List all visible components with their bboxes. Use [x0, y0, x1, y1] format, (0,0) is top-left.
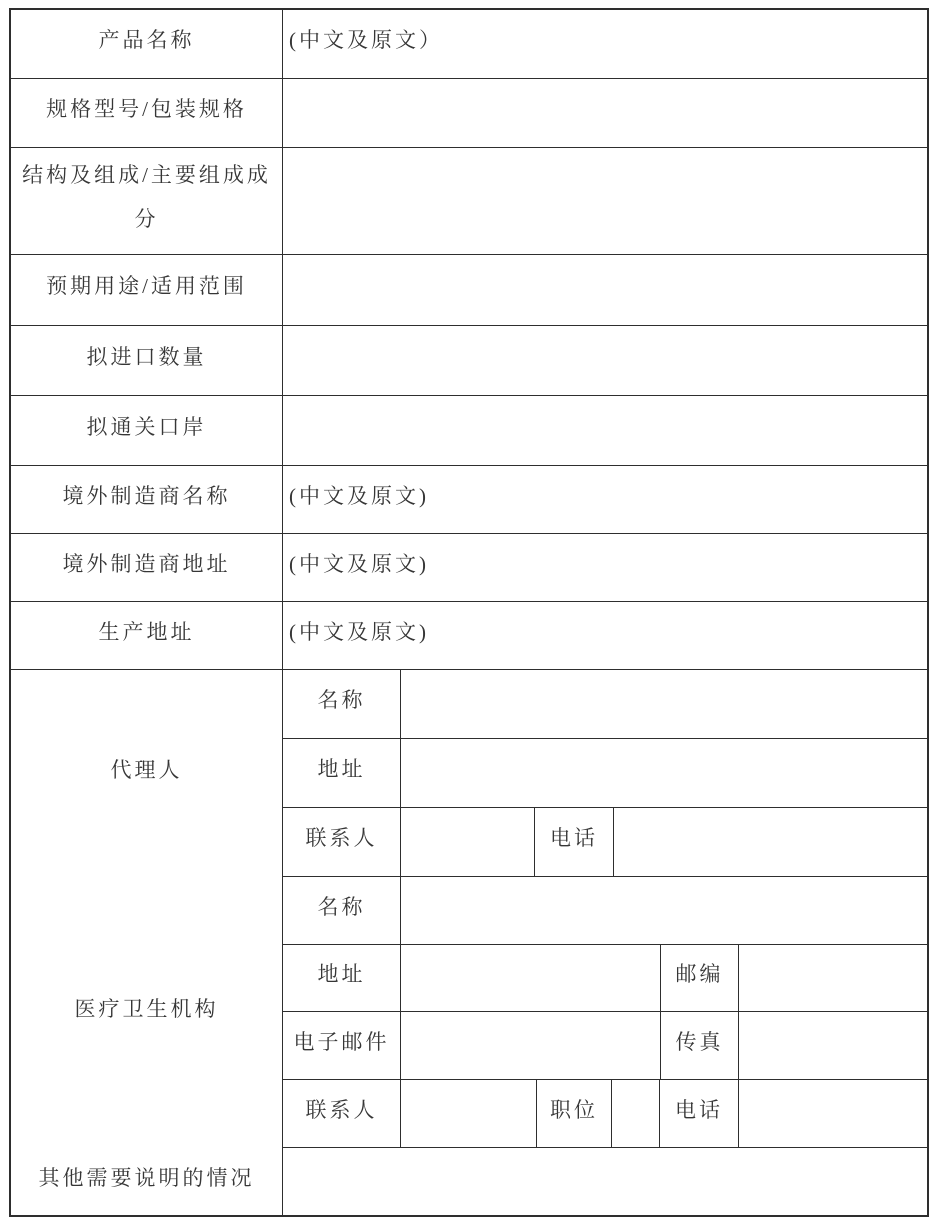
import-quantity-value: [283, 326, 927, 395]
composition-label: 结构及组成/主要组成成分: [11, 148, 283, 254]
institution-contact-value: [401, 1080, 537, 1147]
institution-name-row: 名称: [283, 877, 927, 945]
bottom-right-column: 名称 地址 联系人 电话 名称 地址: [283, 670, 927, 1215]
table-row-composition: 结构及组成/主要组成成分: [11, 148, 927, 255]
composition-value: [283, 148, 927, 254]
agent-name-label: 名称: [283, 670, 401, 738]
agent-address-value: [401, 739, 927, 807]
agent-name-value: [401, 670, 927, 738]
agent-label: 代理人: [11, 670, 282, 877]
institution-phone-label: 电话: [660, 1080, 739, 1147]
form-page: 产品名称 (中文及原文） 规格型号/包装规格 结构及组成/主要组成成分 预期用途…: [0, 0, 937, 1230]
product-name-value: (中文及原文）: [283, 10, 927, 78]
manufacturer-address-label: 境外制造商地址: [11, 534, 283, 601]
manufacturer-address-value: (中文及原文): [283, 534, 927, 601]
institution-position-label: 职位: [537, 1080, 612, 1147]
table-row-product-name: 产品名称 (中文及原文）: [11, 10, 927, 79]
table-row-spec-model: 规格型号/包装规格: [11, 79, 927, 148]
table-row-manufacturer-name: 境外制造商名称 (中文及原文): [11, 466, 927, 534]
institution-postcode-value: [739, 945, 927, 1011]
institution-fax-label: 传真: [661, 1012, 739, 1079]
production-address-label: 生产地址: [11, 602, 283, 669]
intended-use-label: 预期用途/适用范围: [11, 255, 283, 325]
agent-name-row: 名称: [283, 670, 927, 739]
bottom-section: 代理人 医疗卫生机构 其他需要说明的情况 名称 地址 联系人 电话: [11, 670, 927, 1215]
institution-address-value: [401, 945, 661, 1011]
spec-model-label: 规格型号/包装规格: [11, 79, 283, 147]
customs-port-value: [283, 396, 927, 465]
product-name-label: 产品名称: [11, 10, 283, 78]
import-quantity-label: 拟进口数量: [11, 326, 283, 395]
table-row-manufacturer-address: 境外制造商地址 (中文及原文): [11, 534, 927, 602]
other-notes-label: 其他需要说明的情况: [11, 1148, 282, 1215]
institution-contact-label: 联系人: [283, 1080, 401, 1147]
table-row-customs-port: 拟通关口岸: [11, 396, 927, 466]
manufacturer-name-value: (中文及原文): [283, 466, 927, 533]
institution-fax-value: [739, 1012, 927, 1079]
product-info-table: 产品名称 (中文及原文） 规格型号/包装规格 结构及组成/主要组成成分 预期用途…: [9, 8, 929, 1217]
institution-address-label: 地址: [283, 945, 401, 1011]
customs-port-label: 拟通关口岸: [11, 396, 283, 465]
institution-postcode-label: 邮编: [661, 945, 739, 1011]
manufacturer-name-label: 境外制造商名称: [11, 466, 283, 533]
other-notes-value: [283, 1148, 927, 1215]
agent-phone-value: [614, 808, 927, 876]
institution-address-row: 地址 邮编: [283, 945, 927, 1012]
institution-name-label: 名称: [283, 877, 401, 944]
institution-email-value: [401, 1012, 661, 1079]
bottom-left-column: 代理人 医疗卫生机构 其他需要说明的情况: [11, 670, 283, 1215]
institution-email-label: 电子邮件: [283, 1012, 401, 1079]
production-address-value: (中文及原文): [283, 602, 927, 669]
institution-name-value: [401, 877, 927, 944]
table-row-production-address: 生产地址 (中文及原文): [11, 602, 927, 670]
agent-contact-value: [401, 808, 535, 876]
institution-label: 医疗卫生机构: [11, 877, 282, 1148]
agent-address-label: 地址: [283, 739, 401, 807]
agent-contact-label: 联系人: [283, 808, 401, 876]
institution-phone-value: [739, 1080, 927, 1147]
institution-email-row: 电子邮件 传真: [283, 1012, 927, 1080]
agent-address-row: 地址: [283, 739, 927, 808]
other-notes-row: [283, 1148, 927, 1215]
table-row-import-quantity: 拟进口数量: [11, 326, 927, 396]
agent-phone-label: 电话: [535, 808, 614, 876]
institution-contact-row: 联系人 职位 电话: [283, 1080, 927, 1148]
spec-model-value: [283, 79, 927, 147]
agent-contact-row: 联系人 电话: [283, 808, 927, 877]
table-row-intended-use: 预期用途/适用范围: [11, 255, 927, 326]
institution-position-value: [612, 1080, 660, 1147]
intended-use-value: [283, 255, 927, 325]
